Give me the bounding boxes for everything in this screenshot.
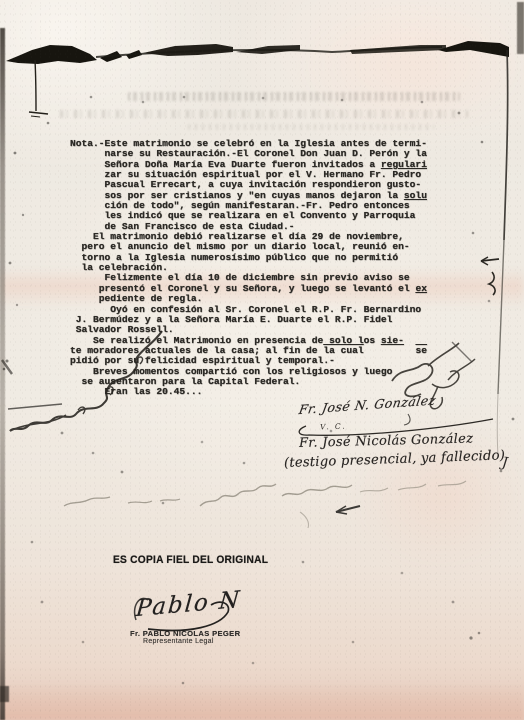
stray-ink-mark: J <box>501 455 508 472</box>
paper-stain <box>300 0 524 130</box>
top-smudge-line <box>96 47 442 57</box>
legal-representative-signature-script: Pablo N <box>135 587 242 622</box>
scan-edge-artifact <box>0 686 9 702</box>
small-arrow-bleed <box>336 506 360 514</box>
witness-name-handwritten: Fr. José Nicolás González <box>299 431 474 451</box>
typed-line: pediente de regla. <box>70 294 490 304</box>
faded-text-remnant <box>128 92 460 101</box>
typed-line: pidió por su felicidad espiritual y temp… <box>70 356 490 366</box>
scan-edge-artifact <box>0 28 5 720</box>
faded-text-remnant <box>60 110 468 118</box>
legal-representative-title: Representante Legal <box>143 638 214 645</box>
photocopy-speckles <box>0 0 2 2</box>
typed-line: Salvador Rossell. <box>70 325 490 335</box>
paper-stain <box>0 684 524 720</box>
legal-representative-name: Fr. PABLO NICOLAS PEGER <box>130 629 240 638</box>
right-border-line <box>497 50 507 455</box>
left-vertical-mark <box>29 60 48 117</box>
witness-signature-suffix: V. C. <box>320 422 347 432</box>
typed-note-text: Nota.-Este matrimonio se celebró en la I… <box>70 139 490 398</box>
scanned-document-page: Nota.-Este matrimonio se celebró en la I… <box>0 0 524 720</box>
mirrored-handwriting-bleed <box>64 481 466 528</box>
true-copy-stamp: ES COPIA FIEL DEL ORIGINAL <box>113 554 268 566</box>
scan-edge-artifact <box>517 2 524 54</box>
top-smudge-band <box>6 41 509 64</box>
witness-annotation-handwritten: (testigo presencial, ya fallecido) <box>284 448 506 471</box>
faded-text-remnant <box>188 124 434 130</box>
